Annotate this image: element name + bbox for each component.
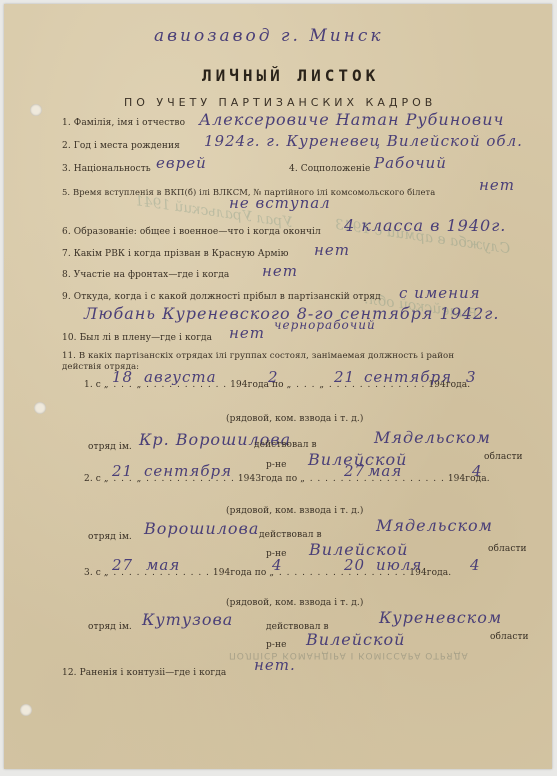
field-2-label: 2. Год і места рождения (62, 141, 180, 151)
service-3-unit: Кутузова (142, 610, 233, 629)
service-3-from-month: мая (146, 556, 180, 574)
field-8-label: 8. Участіе на фронтах—где і когда (62, 270, 229, 280)
field-5-value-line2: не вступал (229, 194, 331, 212)
field-8-value: нет (262, 262, 298, 280)
field-4-label: 4. Соцположеніе (289, 164, 370, 174)
field-10-value: нет (229, 324, 265, 342)
service-3-region-label: области (490, 632, 529, 642)
service-2-district: Мядельском (376, 516, 493, 535)
service-2-unit-label: отряд ім. (88, 532, 132, 542)
field-6-label: 6. Образованіе: общее і военное—что і ко… (62, 227, 321, 237)
service-2-region-label: области (488, 544, 527, 554)
field-9-label: 9. Откуда, когда і с какой должності прі… (62, 292, 381, 302)
punch-hole (30, 104, 42, 116)
service-3-from-year: 4 (272, 556, 283, 574)
service-2-to-month: мая (368, 462, 402, 480)
field-4-value: Рабочий (374, 154, 447, 172)
form-title: ЛИЧНЫЙ ЛИСТОК (202, 66, 379, 85)
field-12-label: 12. Раненія і контузіі—где і когда (62, 668, 226, 678)
service-3-district: Куреневском (379, 608, 502, 627)
field-3-value: еврей (156, 154, 207, 172)
field-2-value: 1924г. г. Куреневец Вилейской обл. (204, 132, 523, 150)
service-2-from-month: сентября (144, 462, 232, 480)
service-2-unit: Ворошилова (144, 519, 259, 538)
service-2-from-day: 21 (112, 462, 133, 480)
service-3-unit-label: отряд ім. (88, 622, 132, 632)
field-1-value: Алексеровиче Натан Рубинович (199, 110, 504, 129)
field-7-label: 7. Какім РВК і когда прізван в Красную А… (62, 249, 289, 259)
field-9-value-line3: чернорабочий (274, 318, 376, 332)
service-3-rayon-label: р-не (266, 640, 287, 650)
form-subtitle: ПО УЧЕТУ ПАРТИЗАНСКИХ КАДРОВ (124, 96, 436, 109)
service-1-from-day: 18 (112, 368, 133, 386)
service-3-to-month: июля (376, 556, 422, 574)
service-3-from-day: 27 (112, 556, 133, 574)
service-1-acted-label: действовал в (254, 440, 317, 450)
service-1-to-month: сентября (364, 368, 452, 386)
service-3-to-year: 4 (470, 556, 481, 574)
service-1-district: Мядельском (374, 428, 491, 447)
field-12-value: нет. (254, 656, 296, 674)
punch-hole (34, 402, 46, 414)
service-1-unit-label: отряд ім. (88, 442, 132, 452)
field-10-label: 10. Был лі в плену—где і когда (62, 333, 212, 343)
handwritten-note: авиозавод г. Минск (154, 26, 384, 46)
service-1-rayon-label: р-не (266, 460, 287, 470)
service-1-to-year: 3 (466, 368, 477, 386)
field-5-value: нет (479, 176, 515, 194)
field-9-value: с имения (399, 284, 481, 302)
service-3-region: Вилейской (306, 630, 405, 649)
service-1-region-label: области (484, 452, 523, 462)
document-page: Урал Уральский 1941 Служба в армии с 194… (4, 4, 552, 769)
service-2-acted-label: действовал в (259, 530, 322, 540)
service-1-rank-hint: (рядовой, ком. взвода і т. д.) (226, 414, 363, 424)
service-3-rank-hint: (рядовой, ком. взвода і т. д.) (226, 598, 363, 608)
field-3-label: 3. Національность (62, 164, 151, 174)
service-2-to-year: 4 (472, 462, 483, 480)
service-2-rank-hint: (рядовой, ком. взвода і т. д.) (226, 506, 363, 516)
service-1-to-day: 21 (334, 368, 355, 386)
field-1-label: 1. Фамілія, імя і отчество (62, 118, 185, 128)
service-2-to-day: 27 (344, 462, 365, 480)
service-3-to-day: 20 (344, 556, 365, 574)
service-1-from-year: 2 (268, 368, 279, 386)
field-7-value: нет (314, 241, 350, 259)
punch-hole (20, 704, 32, 716)
service-1-from-month: августа (144, 368, 217, 386)
field-6-value: 4 класса в 1940г. (344, 216, 506, 235)
